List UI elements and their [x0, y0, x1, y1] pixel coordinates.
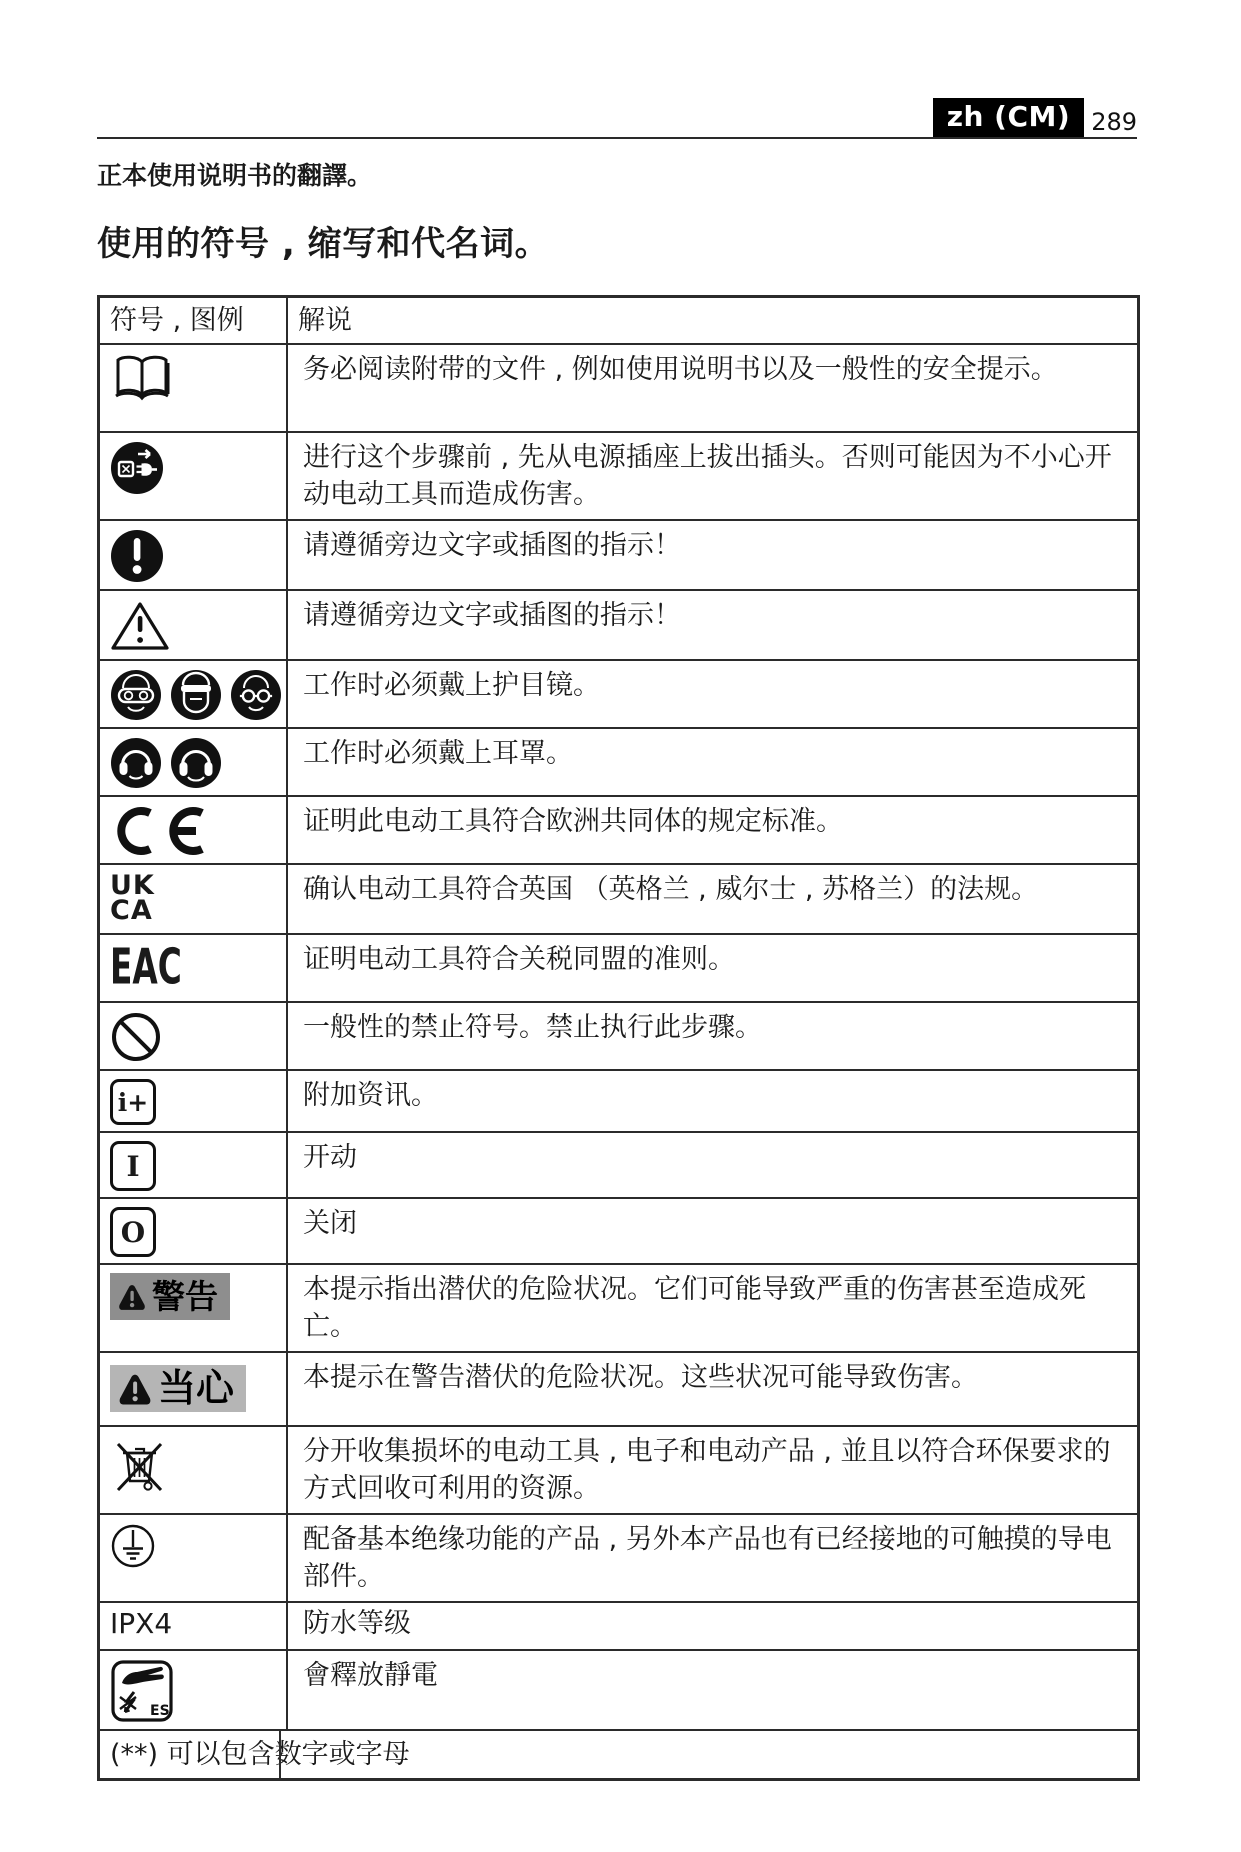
ce-mark-icon — [110, 805, 282, 857]
table-row: i+ 附加资讯。 — [99, 1070, 1139, 1132]
table-row: ES 會釋放靜電 — [99, 1650, 1139, 1730]
page-content: 正本使用说明书的翻譯。 使用的符号 , 缩写和代名词。 符号 , 图例 解说 务… — [97, 156, 1140, 1781]
table-row: 请遵循旁边文字或插图的指示！ — [99, 590, 1139, 660]
language-badge: zh (CM) — [933, 98, 1084, 137]
caution-badge: 当心 — [110, 1365, 246, 1412]
ukca-mark-bottom: CA — [110, 898, 282, 923]
safety-goggles-icon — [110, 669, 162, 721]
symbols-table: 符号 , 图例 解说 务必阅读附带的文件 , 例如使用说明书以及一般性的安全提示… — [97, 295, 1140, 1781]
explanation-text: 工作时必须戴上耳罩。 — [287, 728, 1139, 796]
esd-label: ES — [150, 1703, 170, 1719]
table-row: 分开收集损坏的电动工具 , 电子和电动产品 , 並且以符合环保要求的方式回收可利… — [99, 1426, 1139, 1514]
intro-text: 正本使用说明书的翻譯。 — [97, 156, 1140, 192]
explanation-text: 证明此电动工具符合欧洲共同体的规定标准。 — [287, 796, 1139, 864]
prohibition-icon — [110, 1011, 282, 1063]
explanation-text: 证明电动工具符合关税同盟的准则。 — [287, 934, 1139, 1002]
power-off-icon: O — [110, 1207, 156, 1257]
ukca-mark: UK CA — [110, 873, 282, 923]
explanation-text: 防水等级 — [287, 1602, 1139, 1650]
table-row: 工作时必须戴上耳罩。 — [99, 728, 1139, 796]
footnote-cell: (**) 可以包含数字或字母 — [99, 1730, 1139, 1780]
explanation-text: 本提示指出潜伏的危险状况。它们可能导致严重的伤害甚至造成死亡。 — [287, 1264, 1139, 1352]
table-row: 配备基本绝缘功能的产品 , 另外本产品也有已经接地的可触摸的导电部件。 — [99, 1514, 1139, 1602]
page-number: 289 — [1084, 109, 1137, 137]
table-row: I 开动 — [99, 1132, 1139, 1198]
explanation-text: 开动 — [287, 1132, 1139, 1198]
footnote-row: (**) 可以包含数字或字母 — [99, 1730, 1139, 1780]
table-row: 请遵循旁边文字或插图的指示！ — [99, 520, 1139, 590]
esd-icon: ES — [110, 1659, 282, 1723]
column-header-symbol: 符号 , 图例 — [99, 297, 288, 345]
safety-glasses-icon — [230, 669, 282, 721]
explanation-text: 请遵循旁边文字或插图的指示！ — [287, 590, 1139, 660]
table-row: 证明此电动工具符合欧洲共同体的规定标准。 — [99, 796, 1139, 864]
ear-protection-icon — [110, 737, 162, 789]
unplug-power-icon — [110, 441, 282, 495]
table-header-row: 符号 , 图例 解说 — [99, 297, 1139, 345]
explanation-text: 请遵循旁边文字或插图的指示！ — [287, 520, 1139, 590]
eac-mark: EAC — [110, 943, 251, 992]
explanation-text: 本提示在警告潜伏的危险状况。这些状况可能导致伤害。 — [287, 1352, 1139, 1426]
power-on-icon: I — [110, 1141, 156, 1191]
explanation-text: 會釋放靜電 — [287, 1650, 1139, 1730]
table-row: 当心 本提示在警告潜伏的危险状况。这些状况可能导致伤害。 — [99, 1352, 1139, 1426]
page-header: zh (CM) 289 — [97, 98, 1137, 139]
column-divider — [279, 1731, 281, 1778]
mandatory-instruction-icon — [110, 529, 282, 583]
explanation-text: 关闭 — [287, 1198, 1139, 1264]
table-row: 务必阅读附带的文件 , 例如使用说明书以及一般性的安全提示。 — [99, 344, 1139, 432]
weee-bin-icon — [110, 1435, 282, 1495]
warning-filled-triangle-icon — [117, 1282, 147, 1312]
explanation-text: 进行这个步骤前 , 先从电源插座上拔出插头。否则可能因为不小心开动电动工具而造成… — [287, 432, 1139, 520]
explanation-text: 配备基本绝缘功能的产品 , 另外本产品也有已经接地的可触摸的导电部件。 — [287, 1514, 1139, 1602]
caution-badge-label: 当心 — [158, 1370, 234, 1407]
table-row: IPX4 防水等级 — [99, 1602, 1139, 1650]
warning-badge: 警告 — [110, 1273, 230, 1320]
additional-info-icon: i+ — [110, 1079, 156, 1125]
explanation-text: 一般性的禁止符号。禁止执行此步骤。 — [287, 1002, 1139, 1070]
explanation-text: 工作时必须戴上护目镜。 — [287, 660, 1139, 728]
column-header-explanation: 解说 — [287, 297, 1139, 345]
explanation-text: 确认电动工具符合英国 （英格兰 , 威尔士 , 苏格兰）的法规。 — [287, 864, 1139, 934]
ear-protection-icon — [170, 737, 222, 789]
open-book-icon — [110, 353, 282, 403]
caution-filled-triangle-icon — [117, 1371, 153, 1407]
explanation-text: 务必阅读附带的文件 , 例如使用说明书以及一般性的安全提示。 — [287, 344, 1139, 432]
page-title: 使用的符号 , 缩写和代名词。 — [97, 216, 1140, 265]
footnote-text: (**) 可以包含数字或字母 — [110, 1739, 410, 1770]
table-row: 警告 本提示指出潜伏的危险状况。它们可能导致严重的伤害甚至造成死亡。 — [99, 1264, 1139, 1352]
warning-badge-label: 警告 — [152, 1278, 218, 1315]
table-row: 工作时必须戴上护目镜。 — [99, 660, 1139, 728]
warning-triangle-icon — [110, 599, 282, 653]
table-row: EAC 证明电动工具符合关税同盟的准则。 — [99, 934, 1139, 1002]
explanation-text: 分开收集损坏的电动工具 , 电子和电动产品 , 並且以符合环保要求的方式回收可利… — [287, 1426, 1139, 1514]
face-shield-icon — [170, 669, 222, 721]
table-row: 一般性的禁止符号。禁止执行此步骤。 — [99, 1002, 1139, 1070]
table-row: UK CA 确认电动工具符合英国 （英格兰 , 威尔士 , 苏格兰）的法规。 — [99, 864, 1139, 934]
table-row: 进行这个步骤前 , 先从电源插座上拔出插头。否则可能因为不小心开动电动工具而造成… — [99, 432, 1139, 520]
table-row: O 关闭 — [99, 1198, 1139, 1264]
protective-earth-icon — [110, 1523, 282, 1569]
ipx4-rating-label: IPX4 — [110, 1607, 172, 1640]
explanation-text: 附加资讯。 — [287, 1070, 1139, 1132]
